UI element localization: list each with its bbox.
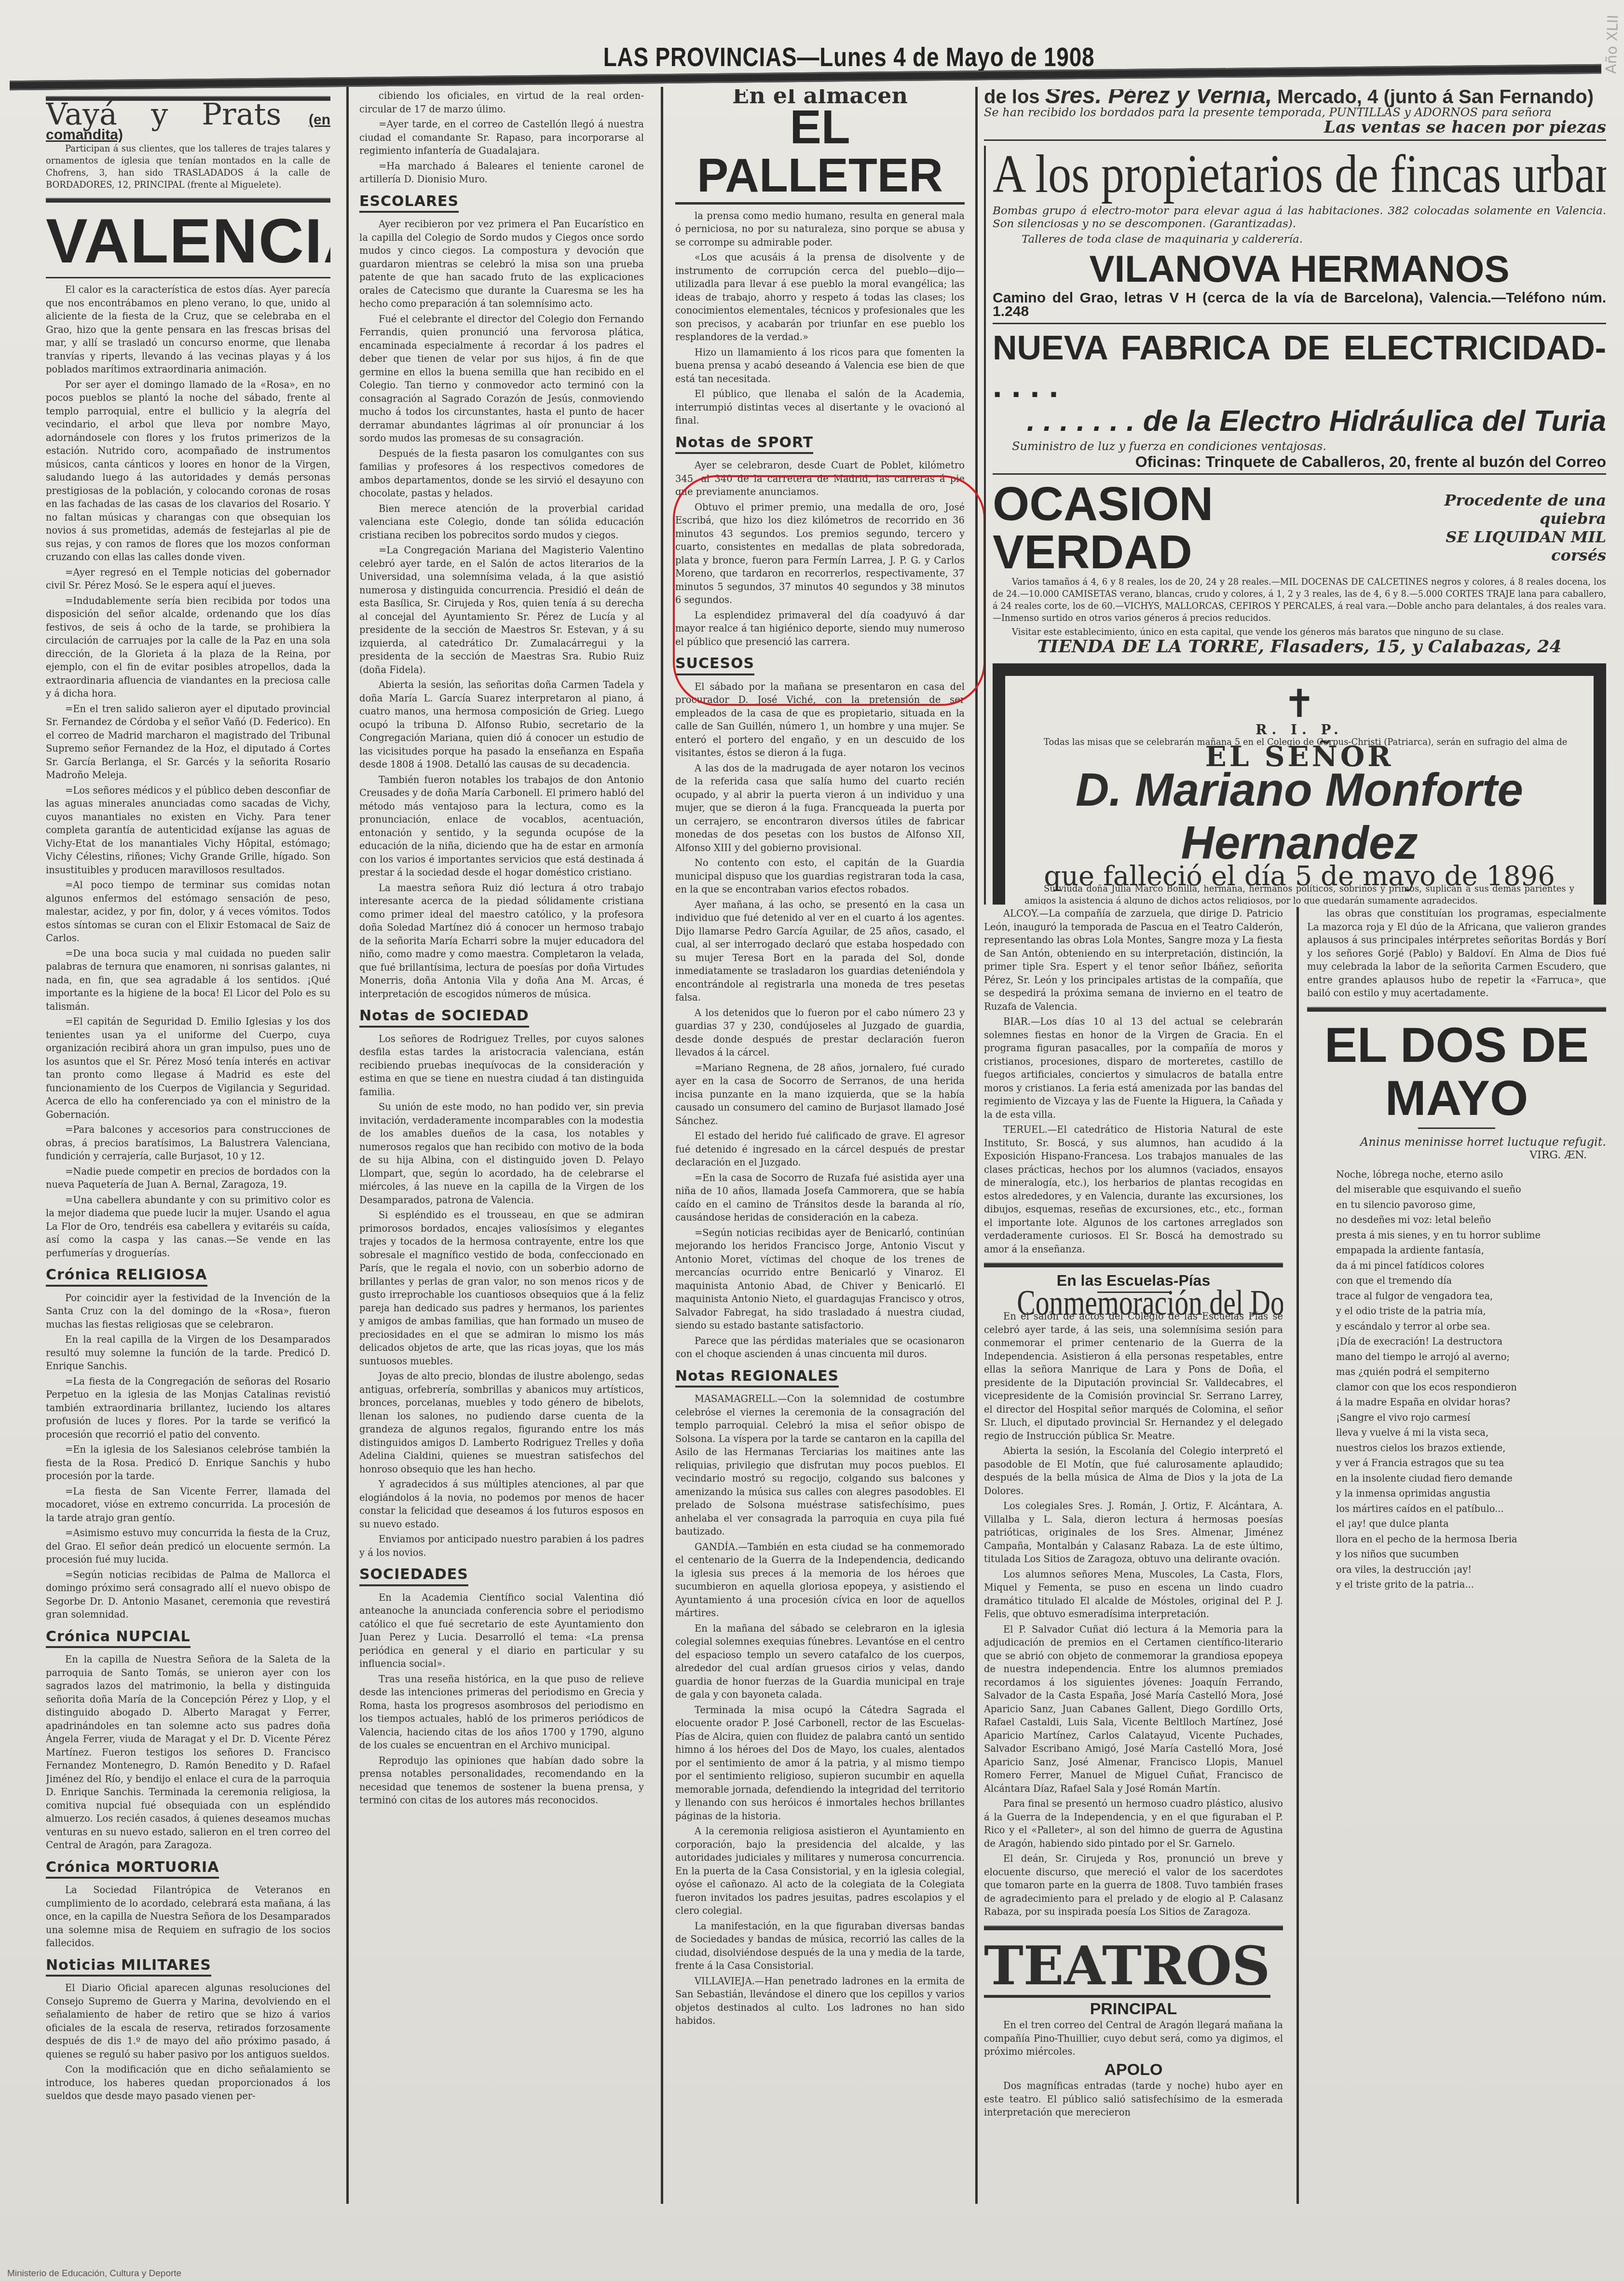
rule bbox=[984, 139, 1606, 141]
paragraph: Bien merece atención de la proverbial ca… bbox=[359, 502, 644, 542]
sport-article: Ayer se celebraron, desde Cuart de Poble… bbox=[675, 459, 965, 648]
paragraph: En la capilla de Nuestra Señora de la Sa… bbox=[46, 1653, 330, 1852]
paragraph: En la Academia Científico social Valenti… bbox=[359, 1591, 644, 1671]
paragraph: Por coincidir ayer la festividad de la I… bbox=[46, 1292, 330, 1332]
rule bbox=[46, 198, 330, 203]
ad-body: Varios tamaños á 4, 6 y 8 reales, los de… bbox=[993, 576, 1606, 624]
poem-epigraph-source: VIRG. ÆN. bbox=[1307, 1149, 1587, 1162]
ocasion-verdad-ad: OCASION VERDAD Procedente de una quiebra… bbox=[993, 480, 1606, 654]
ad-shop: TIENDA DE LA TORRE, Flasaders, 15, y Cal… bbox=[993, 640, 1606, 654]
regionales-article: MASAMAGRELL.—Con la solemnidad de costum… bbox=[675, 1392, 965, 2028]
paragraph: =Mariano Regnena, de 28 años, jornalero,… bbox=[675, 1061, 965, 1128]
paragraph: GANDÍA.—También en esta ciudad se ha con… bbox=[675, 1540, 965, 1620]
paragraph: presta á mis sienes, y en tu horror subl… bbox=[1336, 1229, 1606, 1242]
column-divider bbox=[346, 87, 349, 2204]
paragraph: El Diario Oficial aparecen algunas resol… bbox=[46, 1981, 330, 2061]
paragraph: ¡Sangre el vivo rojo carmesí bbox=[1336, 1411, 1606, 1425]
paragraph: Abierta la sesión, las señoritas doña Ca… bbox=[359, 678, 644, 771]
paragraph: con que el tremendo día bbox=[1336, 1274, 1606, 1288]
paragraph: VILLAVIEJA.—Han penetrado ladrones en la… bbox=[675, 1975, 965, 2028]
newspaper-page: Año XLII LAS PROVINCIAS—Lunes 4 de Mayo … bbox=[0, 0, 1624, 2281]
paragraph: Noche, lóbrega noche, eterno asilo bbox=[1336, 1168, 1606, 1182]
paragraph: Con la modificación que en dicho señalam… bbox=[46, 2063, 330, 2103]
paragraph: Tras una reseña histórica, en la que pus… bbox=[359, 1673, 644, 1752]
section-head-noticias-militares: Noticias MILITARES bbox=[46, 1959, 211, 1977]
paragraph: En la mañana del sábado se celebraron en… bbox=[675, 1622, 965, 1702]
column-5: las obras que constituían los programas,… bbox=[1307, 907, 1606, 2209]
cronica-mortuoria-article: La Sociedad Filantrópica de Veteranos en… bbox=[46, 1883, 330, 1950]
paragraph: Fué el celebrante el director del Colegi… bbox=[359, 313, 644, 445]
paragraph: y la inmensa oprimidas angustia bbox=[1336, 1487, 1606, 1500]
ad-line: Las ventas se hacen por piezas bbox=[984, 121, 1606, 135]
paragraph: =Asimismo estuvo muy concurrida la fiest… bbox=[46, 1526, 330, 1566]
noticias-militares-article: El Diario Oficial aparecen algunas resol… bbox=[46, 1981, 330, 2103]
ad-subtitle: . . . . . . . de la Electro Hidráulica d… bbox=[993, 404, 1606, 438]
paragraph: =En la casa de Socorro de Ruzafa fué asi… bbox=[675, 1171, 965, 1224]
paragraph: las obras que constituían los programas,… bbox=[1307, 907, 1606, 1000]
paragraph: ¡Día de execración! La destructora bbox=[1336, 1335, 1606, 1348]
section-head-sociedad: Notas de SOCIEDAD bbox=[359, 1009, 529, 1028]
rule bbox=[984, 1925, 1283, 1930]
paragraph: Hizo un llamamiento á los ricos para que… bbox=[675, 346, 965, 386]
paragraph: mas ¿quién podrá el sempiterno bbox=[1336, 1365, 1606, 1379]
cronica-religiosa-article: Por coincidir ayer la festividad de la I… bbox=[46, 1292, 330, 1621]
paragraph: Terminada la misa ocupó la Cátedra Sagra… bbox=[675, 1704, 965, 1823]
column-divider bbox=[1296, 907, 1299, 2204]
column-divider bbox=[661, 87, 663, 2204]
paragraph: clamor con que los ecos respondieron bbox=[1336, 1381, 1606, 1394]
paragraph: Obtuvo el primer premio, una medalla de … bbox=[675, 501, 965, 607]
ad-line: Se han recibido los bordados para la pre… bbox=[984, 106, 1606, 120]
section-head-sucesos: SUCESOS bbox=[675, 657, 754, 675]
paragraph: y los niños que sucumben bbox=[1336, 1548, 1606, 1561]
paragraph: Enviamos por anticipado nuestro parabien… bbox=[359, 1533, 644, 1559]
theatre-name: APOLO bbox=[984, 2063, 1283, 2077]
paragraph: á la madre España en olvidar horas? bbox=[1336, 1396, 1606, 1409]
escuelas-article: En el salón de actos del Colegio de las … bbox=[984, 1310, 1283, 1919]
paragraph: no desdeñes mi voz: letal beleño bbox=[1336, 1213, 1606, 1227]
paragraph: =En la iglesia de los Salesianos celebró… bbox=[46, 1443, 330, 1483]
paragraph: Parece que las pérdidas materiales que s… bbox=[675, 1334, 965, 1361]
ad-side: Procedente de una quiebra SE LIQUIDAN MI… bbox=[1391, 491, 1606, 564]
paragraph: Ayer recibieron por vez primera el Pan E… bbox=[359, 218, 644, 311]
paragraph: empapada la ardiente fantasía, bbox=[1336, 1244, 1606, 1257]
section-head-sociedades: SOCIEDADES bbox=[359, 1568, 468, 1586]
teatros-article: PRINCIPALEn el tren correo del Central d… bbox=[984, 2003, 1283, 2119]
paragraph: =La fiesta de la Congregación de señoras… bbox=[46, 1375, 330, 1442]
military-notes: cibiendo los oficiales, en virtud de la … bbox=[359, 89, 644, 186]
rule bbox=[984, 1263, 1283, 1267]
ad-address: Camino del Grao, letras V H (cerca de la… bbox=[993, 291, 1606, 318]
paragraph: El público, que llenaba el salón de la A… bbox=[675, 387, 965, 427]
paragraph: «Los que acusáis á la prensa de disolven… bbox=[675, 251, 965, 344]
column-4: ALCOY.—La compañía de zarzuela, que diri… bbox=[984, 907, 1283, 2209]
paragraph: ALCOY.—La compañía de zarzuela, que diri… bbox=[984, 907, 1283, 1013]
paragraph: =La fiesta de San Vicente Ferrer, llamad… bbox=[46, 1485, 330, 1525]
paragraph: La esplendidez primaveral del día coadyu… bbox=[675, 609, 965, 649]
paragraph: ora viles, la destrucción ¡ay! bbox=[1336, 1563, 1606, 1577]
ad-company: VILANOVA HERMANOS bbox=[993, 248, 1606, 289]
paragraph: lleva y vuelve á mi la vista seca, bbox=[1336, 1426, 1606, 1440]
paragraph: =Ha marchado á Baleares el teniente caro… bbox=[359, 160, 644, 186]
section-head-valencia: VALENCIA bbox=[46, 209, 330, 272]
paragraph: y el triste grito de la patria... bbox=[1336, 1578, 1606, 1592]
ad-header: OCASION VERDAD Procedente de una quiebra… bbox=[993, 480, 1606, 576]
paragraph: la prensa como medio humano, resulta en … bbox=[675, 209, 965, 249]
paragraph: =El capitán de Seguridad D. Emilio Igles… bbox=[46, 1015, 330, 1121]
paragraph: =Una cabellera abundante y con su primit… bbox=[46, 1194, 330, 1260]
year-mark: Año XLII bbox=[1603, 14, 1622, 74]
paragraph: =Ayer regresó en el Temple noticias del … bbox=[46, 566, 330, 592]
paragraph: mano del tiempo le arrojó al averno; bbox=[1336, 1350, 1606, 1364]
esquela-senor: EL SEÑOR bbox=[1024, 750, 1574, 764]
paragraph: Y agradecidos á sus múltiples atenciones… bbox=[359, 1478, 644, 1531]
paragraph: y escándalo y terror al orbe sea. bbox=[1336, 1320, 1606, 1333]
paragraph: llora en el pecho de la hermosa Iberia bbox=[1336, 1533, 1606, 1546]
ad-title: OCASION VERDAD bbox=[993, 480, 1391, 576]
advertisements-block: de los Sres. Pérez y Vernia, Mercado, 4 … bbox=[984, 89, 1606, 905]
fincas-urbanas-ad: A los propietarios de fincas urbanas Bom… bbox=[984, 146, 1606, 905]
paragraph: cibiendo los oficiales, en virtud de la … bbox=[359, 89, 644, 116]
paragraph: y el odio triste de la patria mía, bbox=[1336, 1305, 1606, 1318]
paragraph: Joyas de alto precio, blondas de ilustre… bbox=[359, 1370, 644, 1476]
esquela-obituary: ✝ R. I. P. Todas las misas que se celebr… bbox=[993, 663, 1606, 905]
paragraph: Los alumnos señores Mena, Muscoles, La C… bbox=[984, 1568, 1283, 1621]
paragraph: =En el tren salido salieron ayer el dipu… bbox=[46, 702, 330, 782]
rule bbox=[1307, 1007, 1606, 1012]
valencia-article: El calor es la característica de estos d… bbox=[46, 283, 330, 1260]
paragraph: No contento con esto, el capitán de la G… bbox=[675, 856, 965, 896]
ad-line: Talleres de toda clase de maquinaria y c… bbox=[993, 233, 1606, 247]
paragraph: Para final se presentó un hermoso cuadro… bbox=[984, 1797, 1283, 1850]
poem-epigraph: Aninus meninisse horret luctuque refugit… bbox=[1307, 1136, 1606, 1149]
esquela-date: que falleció el día 5 de mayo de 1896 bbox=[1024, 870, 1574, 883]
paragraph: =La Congregación Mariana del Magisterio … bbox=[359, 544, 644, 676]
section-head-regionales: Notas REGIONALES bbox=[675, 1370, 839, 1388]
section-head-dos-de-mayo: EL DOS DE MAYO bbox=[1307, 1018, 1606, 1125]
ad-title: NUEVA FABRICA DE ELECTRICIDAD- . . . . bbox=[993, 329, 1606, 404]
rule bbox=[46, 277, 330, 278]
paragraph: los mártires caídos en el patíbulo... bbox=[1336, 1502, 1606, 1516]
regional-news: ALCOY.—La compañía de zarzuela, que diri… bbox=[984, 907, 1283, 1256]
paragraph: En la real capilla de la Virgen de los D… bbox=[46, 1333, 330, 1373]
ad-body: Participan á sus clientes, que los talle… bbox=[46, 143, 330, 191]
ad-line: Bombas grupo á electro-motor para elevar… bbox=[993, 205, 1606, 231]
section-head-cronica-nupcial: Crónica NUPCIAL bbox=[46, 1630, 191, 1649]
cronica-nupcial-article: En la capilla de Nuestra Señora de la Sa… bbox=[46, 1653, 330, 1852]
paragraph: La Sociedad Filantrópica de Veteranos en… bbox=[46, 1883, 330, 1950]
section-head-cronica-mortuoria: Crónica MORTUORIA bbox=[46, 1861, 219, 1879]
paragraph: =Indudablemente sería bien recibida por … bbox=[46, 594, 330, 701]
paragraph: =Los señores médicos y el público deben … bbox=[46, 784, 330, 877]
paragraph: Los señores de Rodriguez Trelles, por cu… bbox=[359, 1032, 644, 1099]
paragraph: A los detenidos que lo fueron por el cab… bbox=[675, 1006, 965, 1059]
paragraph: Por ser ayer el domingo llamado de la «R… bbox=[46, 378, 330, 564]
escuelas-title: Conmemoración del Dos de Mayo bbox=[1017, 1297, 1250, 1310]
paragraph: El calor es la característica de estos d… bbox=[46, 283, 330, 376]
paragraph: El sábado por la mañana se presentaron e… bbox=[675, 680, 965, 760]
rule bbox=[993, 323, 1606, 324]
escolares-article: Ayer recibieron por vez primera el Pan E… bbox=[359, 218, 644, 1001]
paragraph: el ¡ay! que dulce planta bbox=[1336, 1517, 1606, 1531]
paragraph: en la insolente ciudad fiero demande bbox=[1336, 1472, 1606, 1485]
column-2: cibiendo los oficiales, en virtud de la … bbox=[359, 89, 644, 2209]
paragraph: También fueron notables los trabajos de … bbox=[359, 773, 644, 879]
paragraph: =Al poco tiempo de terminar sus comidas … bbox=[46, 879, 330, 945]
paragraph: =Nadie puede competir en precios de bord… bbox=[46, 1165, 330, 1192]
paragraph: TERUEL.—El catedrático de Historia Natur… bbox=[984, 1123, 1283, 1256]
column-divider bbox=[975, 87, 978, 2204]
cross-icon: ✝ bbox=[1024, 685, 1574, 723]
footer-credit: Ministerio de Educación, Cultura y Depor… bbox=[7, 2268, 181, 2279]
paragraph: A la ceremonia religiosa asistieron el A… bbox=[675, 1825, 965, 1918]
paragraph: del miserable que esquivando el sueño bbox=[1336, 1183, 1606, 1196]
paragraph: Su unión de este modo, no han podido ver… bbox=[359, 1100, 644, 1207]
rule bbox=[993, 473, 1606, 475]
column-1: Vayá y Prats (en comandita) Participan á… bbox=[46, 89, 330, 2209]
paragraph: Si espléndido es el trousseau, en que se… bbox=[359, 1209, 644, 1368]
esquela-name: D. Mariano Monforte Hernandez bbox=[1024, 764, 1574, 870]
section-head-teatros: TEATROS bbox=[984, 1937, 1270, 1998]
paragraph: Ayer se celebraron, desde Cuart de Poble… bbox=[675, 459, 965, 499]
paragraph: El deán, Sr. Cirujeda y Ros, pronunció u… bbox=[984, 1852, 1283, 1919]
conference-article: la prensa como medio humano, resulta en … bbox=[675, 209, 965, 427]
paragraph: =Para balcones y accesorios para constru… bbox=[46, 1123, 330, 1163]
poem: Noche, lóbrega noche, eterno asilodel mi… bbox=[1307, 1168, 1606, 1592]
rule bbox=[1418, 1127, 1495, 1129]
paragraph: =De una boca sucia y mal cuidada no pued… bbox=[46, 947, 330, 1014]
paragraph: =Según noticias recibidas ayer de Benica… bbox=[675, 1226, 965, 1333]
paragraph: Dos magníficas entradas (tarde y noche) … bbox=[984, 2079, 1283, 2119]
ad-headline: de los Sres. Pérez y Vernia, Mercado, 4 … bbox=[984, 89, 1606, 104]
ad-title: A los propietarios de fincas urbanas bbox=[993, 146, 1520, 203]
column-3: En el almacén EL PALLETER la prensa como… bbox=[675, 89, 965, 2209]
paragraph: Abierta la sesión, la Escolanía del Cole… bbox=[984, 1444, 1283, 1498]
palleter-title: EL PALLETER bbox=[675, 103, 965, 205]
paragraph: trace al fulgor de vengadora tea, bbox=[1336, 1290, 1606, 1303]
section-head-sport: Notas de SPORT bbox=[675, 436, 813, 454]
paragraph: A las dos de la madrugada de ayer notaro… bbox=[675, 762, 965, 855]
theatre-continuation: las obras que constituían los programas,… bbox=[1307, 907, 1606, 1000]
esquela-family: Su viuda doña Julia Marco Bonilla, herma… bbox=[1024, 883, 1574, 905]
paragraph: MASAMAGRELL.—Con la solemnidad de costum… bbox=[675, 1392, 965, 1539]
paragraph: La maestra señora Ruiz dió lectura á otr… bbox=[359, 881, 644, 1001]
rip-label: R. I. P. bbox=[1024, 723, 1574, 737]
paragraph: da á mi pincel fatídicos colores bbox=[1336, 1259, 1606, 1273]
section-head-escolares: ESCOLARES bbox=[359, 195, 459, 213]
paragraph: en tu silencio pavoroso gime, bbox=[1336, 1198, 1606, 1212]
sociedades-article: En la Academia Científico social Valenti… bbox=[359, 1591, 644, 1807]
section-head-cronica-religiosa: Crónica RELIGIOSA bbox=[46, 1268, 207, 1287]
sociedad-article: Los señores de Rodriguez Trelles, por cu… bbox=[359, 1032, 644, 1560]
paragraph: Ayer mañana, á las ocho, se presentó en … bbox=[675, 898, 965, 1004]
paragraph: =Ayer tarde, en el correo de Castellón l… bbox=[359, 118, 644, 158]
masthead: LAS PROVINCIAS—Lunes 4 de Mayo de 1908 bbox=[588, 41, 1110, 72]
paragraph: nuestros cielos los brazos extiende, bbox=[1336, 1442, 1606, 1455]
paragraph: En el salón de actos del Colegio de las … bbox=[984, 1310, 1283, 1443]
paragraph: El P. Salvador Cuñat dió lectura á la Me… bbox=[984, 1623, 1283, 1796]
paragraph: y ver á Francia estragos que su tea bbox=[1336, 1457, 1606, 1470]
ad-line: Suministro de luz y fuerza en condicione… bbox=[1012, 440, 1606, 453]
paragraph: Los colegiales Sres. J. Román, J. Ortiz,… bbox=[984, 1499, 1283, 1566]
ad-line: Oficinas: Trinquete de Caballeros, 20, f… bbox=[993, 455, 1606, 469]
paragraph: La manifestación, en la que figuraban di… bbox=[675, 1920, 965, 1973]
sucesos-article: El sábado por la mañana se presentaron e… bbox=[675, 680, 965, 1361]
paragraph: BIAR.—Los días 10 al 13 del actual se ce… bbox=[984, 1015, 1283, 1121]
vaya-prats-ad: Vayá y Prats (en comandita) Participan á… bbox=[46, 108, 330, 191]
paragraph: Reprodujo las opiniones que habían dado … bbox=[359, 1754, 644, 1807]
paragraph: El estado del herido fué calificado de g… bbox=[675, 1129, 965, 1169]
perez-vernia-ad: de los Sres. Pérez y Vernia, Mercado, 4 … bbox=[984, 89, 1606, 135]
theatre-name: PRINCIPAL bbox=[984, 2003, 1283, 2016]
paragraph: Después de la fiesta pasaron los comulga… bbox=[359, 447, 644, 500]
paragraph: En el tren correo del Central de Aragón … bbox=[984, 2019, 1283, 2059]
paragraph: =Según noticias recibidas de Palma de Ma… bbox=[46, 1568, 330, 1621]
